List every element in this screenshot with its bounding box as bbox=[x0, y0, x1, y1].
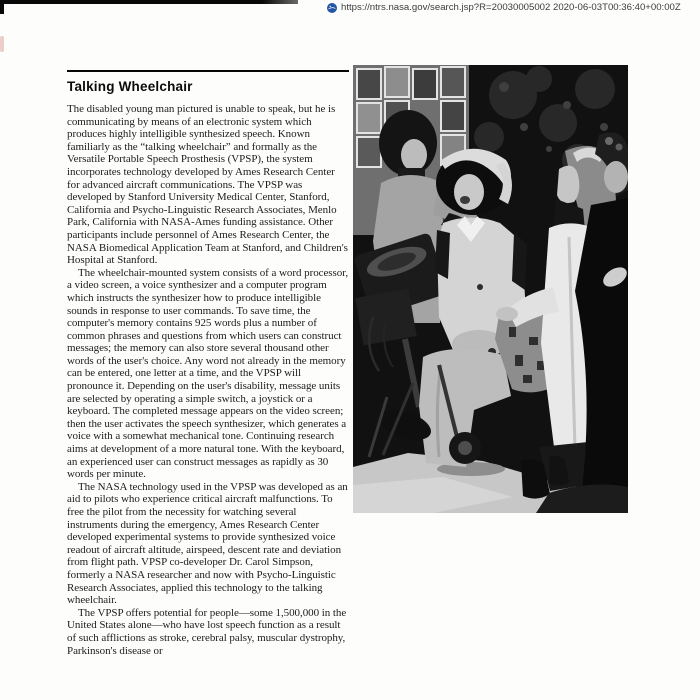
nasa-meatball-icon bbox=[327, 3, 337, 13]
ntrs-download-stamp: https://ntrs.nasa.gov/search.jsp?R=20030… bbox=[327, 2, 681, 13]
article-paragraph-3: The NASA technology used in the VPSP was… bbox=[67, 481, 349, 607]
scanned-document-page: https://ntrs.nasa.gov/search.jsp?R=20030… bbox=[0, 0, 700, 700]
title-rule bbox=[67, 70, 349, 72]
stamp-url-text[interactable]: https://ntrs.nasa.gov/search.jsp?R=20030… bbox=[341, 2, 681, 13]
article-photo bbox=[353, 65, 628, 513]
scan-corner-mark-horizontal bbox=[0, 0, 298, 4]
article-paragraph-1: The disabled young man pictured is unabl… bbox=[67, 103, 349, 267]
article-title: Talking Wheelchair bbox=[67, 79, 349, 94]
scan-corner-mark-vertical bbox=[0, 0, 4, 14]
scan-artifact-smudge bbox=[0, 36, 4, 52]
article-paragraph-4: The VPSP offers potential for people—som… bbox=[67, 607, 349, 657]
article-paragraph-2: The wheelchair-mounted system consists o… bbox=[67, 267, 349, 481]
wheelchair-photo-illustration bbox=[353, 65, 628, 513]
article-column: Talking Wheelchair The disabled young ma… bbox=[67, 70, 349, 657]
